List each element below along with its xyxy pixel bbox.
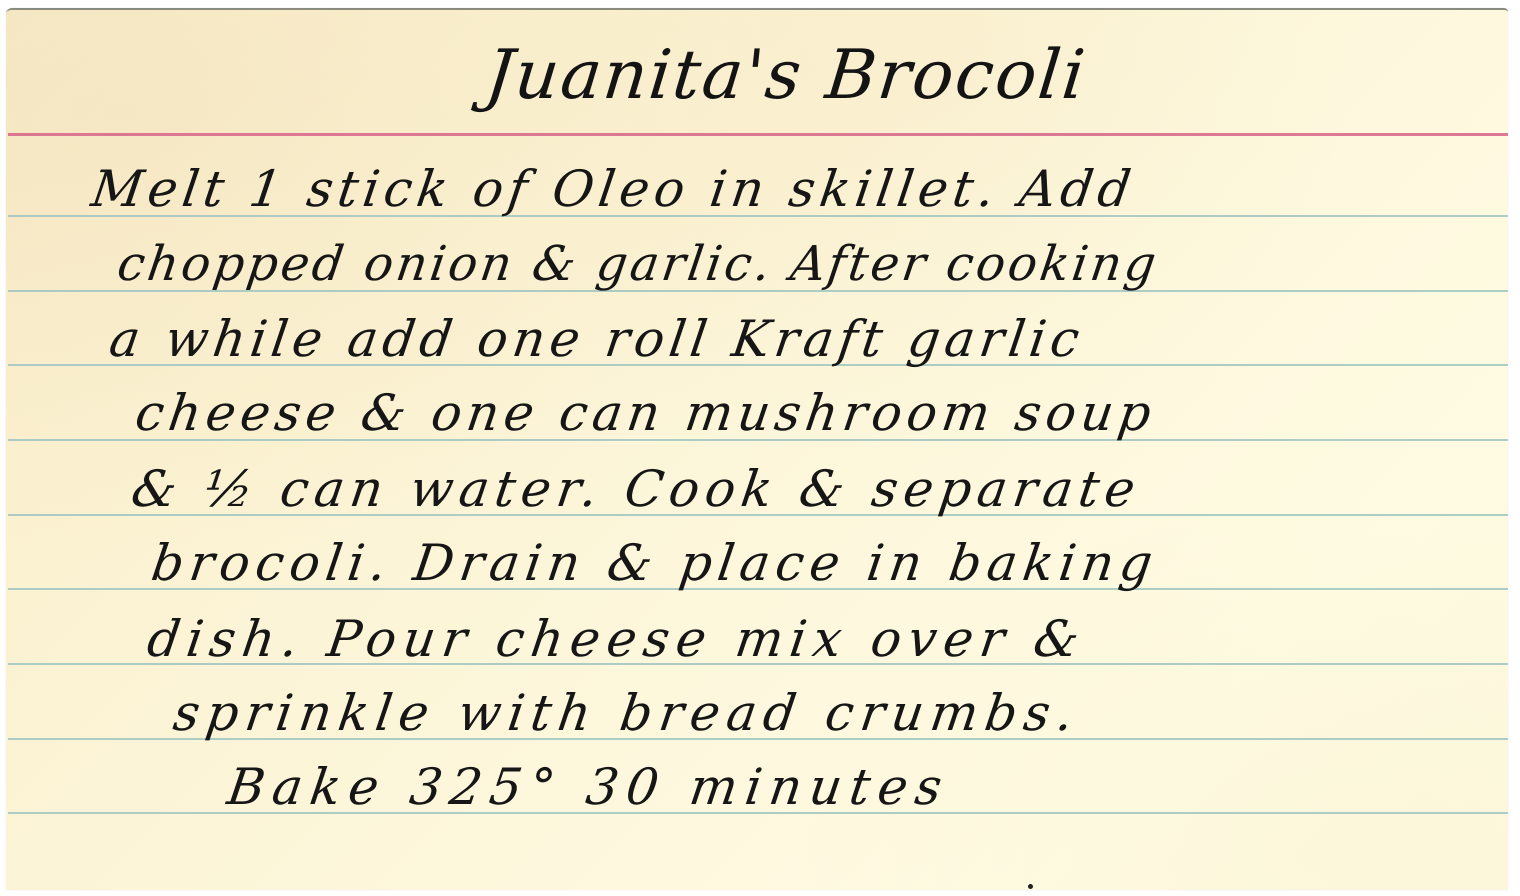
header-red-rule [8,133,1508,136]
recipe-line-7: dish. Pour cheese mix over & [144,610,1090,668]
recipe-line-5: & ½ can water. Cook & separate [128,460,1145,518]
recipe-card: Juanita's Brocoli Melt 1 stick of Oleo i… [6,8,1508,890]
ink-fleck [1028,884,1033,889]
recipe-line-8: sprinkle with bread crumbs. [170,684,1084,742]
recipe-line-6: brocoli. Drain & place in baking [148,534,1162,592]
recipe-line-1: Melt 1 stick of Oleo in skillet. Add [88,160,1139,218]
recipe-title: Juanita's Brocoli [482,36,1090,115]
recipe-line-2: chopped onion & garlic. After cooking [114,236,1162,292]
recipe-line-3: a while add one roll Kraft garlic [106,310,1088,368]
recipe-line-9: Bake 325° 30 minutes [224,758,953,816]
recipe-line-4: cheese & one can mushroom soup [132,384,1160,442]
